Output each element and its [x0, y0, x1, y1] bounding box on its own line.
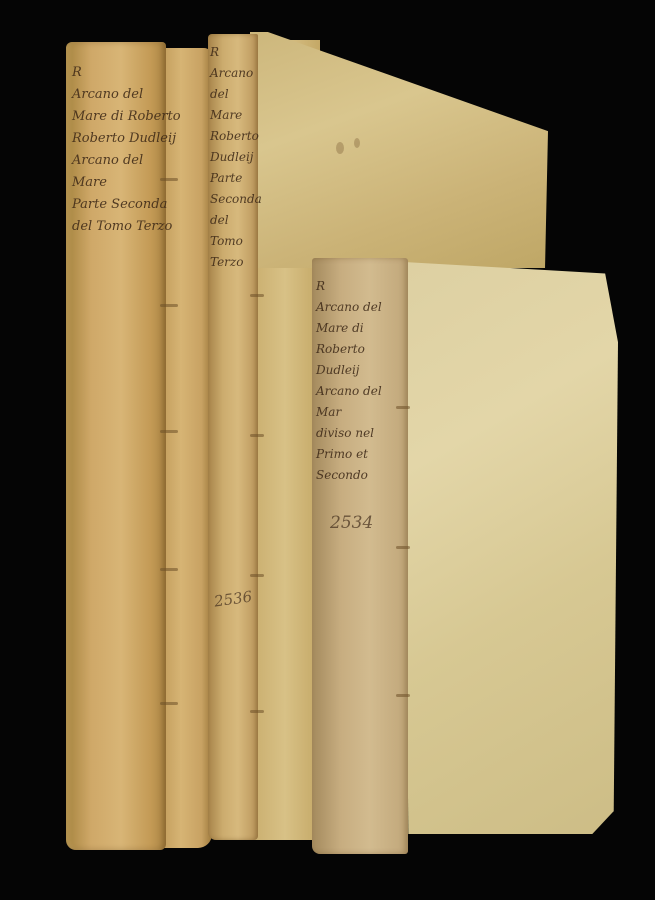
stitch-mark — [250, 294, 264, 297]
right-book-shelfmark: 2534 — [330, 513, 373, 533]
right-book-spine-title: R Arcano del Mare di Roberto Dudleij Arc… — [316, 276, 408, 486]
middle-book-spine-title: R Arcano del Mare Roberto Dudleij Parte … — [210, 42, 258, 273]
stitch-mark — [250, 574, 264, 577]
stitch-mark — [396, 546, 410, 549]
left-book-spine-title: R Arcano del Mare di Roberto Roberto Dud… — [72, 62, 182, 238]
stain-mark — [354, 138, 360, 148]
stitch-mark — [250, 710, 264, 713]
stitch-mark — [160, 702, 178, 705]
stitch-mark — [160, 430, 178, 433]
stain-mark — [336, 142, 344, 154]
right-book-cover — [404, 262, 618, 834]
photo-scene: R Arcano del Mare di Roberto Roberto Dud… — [0, 0, 655, 900]
middle-book-cover — [250, 32, 548, 268]
stitch-mark — [160, 568, 178, 571]
stitch-mark — [250, 434, 264, 437]
stitch-mark — [396, 694, 410, 697]
stitch-mark — [160, 304, 178, 307]
